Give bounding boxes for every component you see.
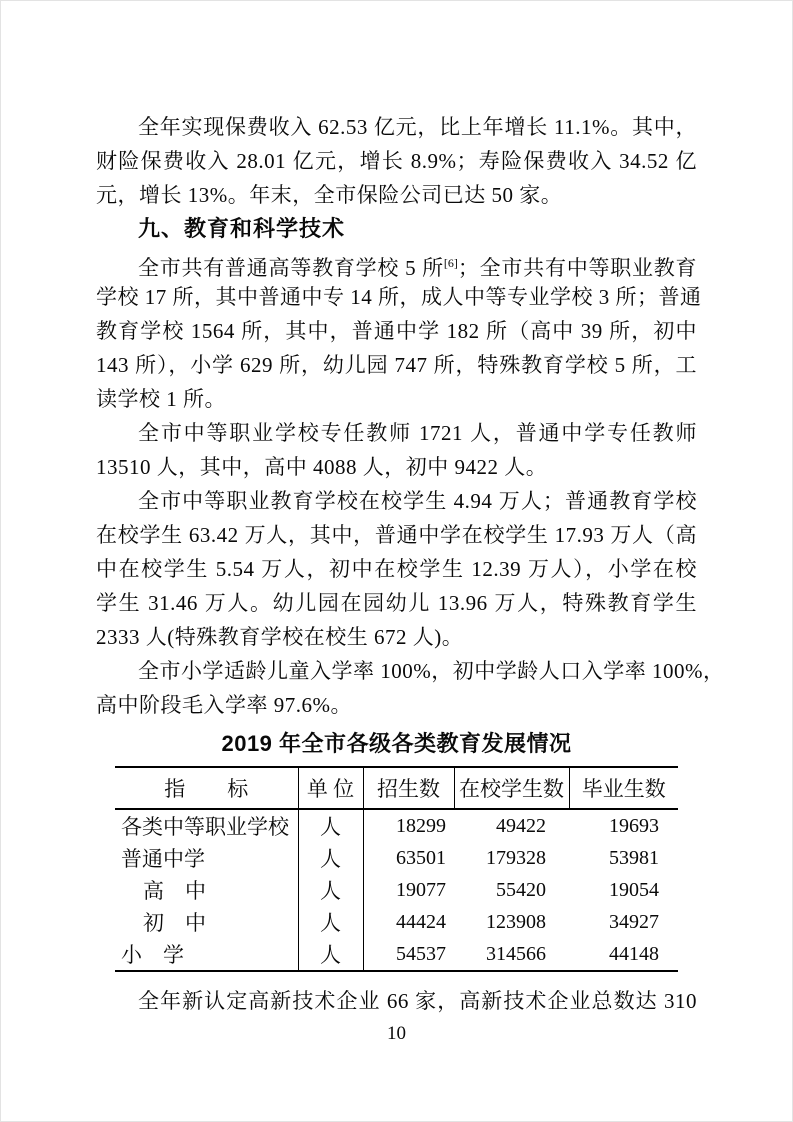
text-line: 全市中等职业学校专任教师 1721 人，普通中学专任教师 [96, 416, 697, 450]
paragraph-schools: 全市共有普通高等教育学校 5 所[6]；全市共有中等职业教育 学校 17 所，其… [96, 246, 697, 416]
cell-enrollment: 19077 [363, 874, 454, 906]
cell-indicator: 小 学 [115, 938, 298, 971]
paragraph-insurance: 全年实现保费收入 62.53 亿元，比上年增长 11.1%。其中， 财险保费收入… [96, 110, 697, 212]
text-line: 学校 17 所，其中普通中专 14 所，成人中等专业学校 3 所；普通 [96, 280, 697, 314]
cell-enrollment: 54537 [363, 938, 454, 971]
text-line: 全市共有普通高等教育学校 5 所[6]；全市共有中等职业教育 [96, 246, 697, 280]
page-content: 全年实现保费收入 62.53 亿元，比上年增长 11.1%。其中， 财险保费收入… [96, 110, 697, 1018]
page-number: 10 [0, 1020, 793, 1048]
column-header-graduates: 毕业生数 [569, 767, 678, 809]
text-line: 教育学校 1564 所，其中，普通中学 182 所（高中 39 所，初中 [96, 314, 697, 348]
text-line: 中在校学生 5.54 万人，初中在校学生 12.39 万人），小学在校 [96, 552, 697, 586]
text-line: 全年实现保费收入 62.53 亿元，比上年增长 11.1%。其中， [96, 110, 697, 144]
cell-unit: 人 [298, 842, 363, 874]
text-line: 全市中等职业教育学校在校学生 4.94 万人；普通教育学校 [96, 484, 697, 518]
cell-students: 179328 [454, 842, 569, 874]
document-page: 全年实现保费收入 62.53 亿元，比上年增长 11.1%。其中， 财险保费收入… [0, 0, 793, 1122]
cell-enrollment: 18299 [363, 809, 454, 842]
paragraph-students: 全市中等职业教育学校在校学生 4.94 万人；普通教育学校 在校学生 63.42… [96, 484, 697, 654]
cell-students: 314566 [454, 938, 569, 971]
text-line: 2333 人(特殊教育学校在校生 672 人)。 [96, 620, 697, 654]
table-row: 小 学 人 54537 314566 44148 [115, 938, 678, 971]
cell-indicator: 各类中等职业学校 [115, 809, 298, 842]
text-line: 143 所），小学 629 所，幼儿园 747 所，特殊教育学校 5 所，工 [96, 348, 697, 382]
paragraph-enrollment-rate: 全市小学适龄儿童入学率 100%，初中学龄人口入学率 100%， 高中阶段毛入学… [96, 654, 697, 722]
cell-graduates: 19693 [569, 809, 678, 842]
cell-graduates: 34927 [569, 906, 678, 938]
cell-indicator: 初 中 [115, 906, 298, 938]
section-heading-education-science: 九、教育和科学技术 [96, 212, 697, 246]
cell-graduates: 19054 [569, 874, 678, 906]
table-row: 普通中学 人 63501 179328 53981 [115, 842, 678, 874]
text-line: 在校学生 63.42 万人，其中，普通中学在校学生 17.93 万人（高 [96, 518, 697, 552]
text-line: 高中阶段毛入学率 97.6%。 [96, 688, 697, 722]
cell-enrollment: 44424 [363, 906, 454, 938]
text-line: 财险保费收入 28.01 亿元，增长 8.9%；寿险保费收入 34.52 亿 [96, 144, 697, 178]
cell-unit: 人 [298, 938, 363, 971]
cell-unit: 人 [298, 874, 363, 906]
cell-unit: 人 [298, 906, 363, 938]
paragraph-hightech: 全年新认定高新技术企业 66 家，高新技术企业总数达 310 [96, 984, 697, 1018]
table-title: 2019 年全市各级各类教育发展情况 [96, 724, 697, 764]
cell-students: 49422 [454, 809, 569, 842]
column-header-students: 在校学生数 [454, 767, 569, 809]
cell-enrollment: 63501 [363, 842, 454, 874]
text-line: 13510 人，其中，高中 4088 人，初中 9422 人。 [96, 450, 697, 484]
cell-unit: 人 [298, 809, 363, 842]
column-header-indicator: 指 标 [115, 767, 298, 809]
table-row: 各类中等职业学校 人 18299 49422 19693 [115, 809, 678, 842]
education-development-table: 指 标 单 位 招生数 在校学生数 毕业生数 各类中等职业学校 人 18299 … [115, 766, 678, 972]
table-header-row: 指 标 单 位 招生数 在校学生数 毕业生数 [115, 767, 678, 809]
table-row: 初 中 人 44424 123908 34927 [115, 906, 678, 938]
cell-indicator: 高 中 [115, 874, 298, 906]
cell-students: 55420 [454, 874, 569, 906]
paragraph-teachers: 全市中等职业学校专任教师 1721 人，普通中学专任教师 13510 人，其中，… [96, 416, 697, 484]
text-line: 学生 31.46 万人。幼儿园在园幼儿 13.96 万人，特殊教育学生 [96, 586, 697, 620]
text-line: 全市小学适龄儿童入学率 100%，初中学龄人口入学率 100%， [96, 654, 697, 688]
footnote-reference: [6] [444, 256, 458, 270]
cell-graduates: 44148 [569, 938, 678, 971]
text-segment: 全市共有普通高等教育学校 5 所 [138, 256, 444, 280]
text-segment: ；全市共有中等职业教育 [458, 256, 697, 280]
cell-indicator: 普通中学 [115, 842, 298, 874]
cell-graduates: 53981 [569, 842, 678, 874]
text-line: 读学校 1 所。 [96, 382, 697, 416]
column-header-unit: 单 位 [298, 767, 363, 809]
text-line: 元，增长 13%。年末，全市保险公司已达 50 家。 [96, 178, 697, 212]
column-header-enrollment: 招生数 [363, 767, 454, 809]
cell-students: 123908 [454, 906, 569, 938]
table-row: 高 中 人 19077 55420 19054 [115, 874, 678, 906]
